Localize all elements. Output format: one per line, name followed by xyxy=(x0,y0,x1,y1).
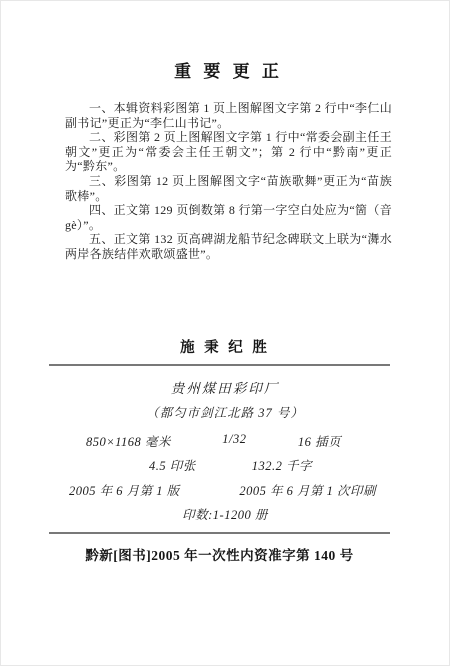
correction-item-4: 四、正文第 129 页倒数第 8 行第一字空白处应为“箇（音 gè）”。 xyxy=(65,203,392,232)
colophon-section: 施 秉 纪 胜 贵州煤田彩印厂 （都匀市剑江北路 37 号） 850×1168 … xyxy=(1,336,449,564)
correction-item-5: 五、正文第 132 页高碑湖龙船节纪念碑联文上联为“㵲水两岸各族结伴欢歌颂盛世”… xyxy=(65,232,392,261)
print-run: 印数:1-1200 册 xyxy=(1,505,449,523)
divider-rule-top xyxy=(49,364,390,366)
corrections-title: 重 要 更 正 xyxy=(65,57,392,82)
format-row: 850×1168 毫米 1/32 16 插页 xyxy=(86,432,341,450)
sheets-row: 4.5 印张 132.2 千字 xyxy=(149,456,312,474)
license-number: 黔新[图书]2005 年一次性内资准字第 140 号 xyxy=(49,544,390,564)
print-sheets: 4.5 印张 xyxy=(149,456,196,474)
first-printing: 2005 年 6 月第 1 次印刷 xyxy=(239,481,376,499)
edition-row: 2005 年 6 月第 1 版 2005 年 6 月第 1 次印刷 xyxy=(69,481,376,499)
corrections-section: 重 要 更 正 一、本辑资料彩图第 1 页上图解图文字第 2 行中“李仁山副书记… xyxy=(1,57,449,262)
correction-item-3: 三、彩图第 12 页上图解图文字“苗族歌舞”更正为“苗族歌棒”。 xyxy=(65,174,392,203)
printer-address: （都匀市剑江北路 37 号） xyxy=(1,403,449,421)
correction-item-2: 二、彩图第 2 页上图解图文字第 1 行中“常委会副主任王朝文”更正为“常委会主… xyxy=(65,130,392,174)
book-title: 施 秉 纪 胜 xyxy=(1,336,449,357)
word-count: 132.2 千字 xyxy=(252,456,312,474)
printer-name: 贵州煤田彩印厂 xyxy=(1,377,449,397)
scanned-book-page: 重 要 更 正 一、本辑资料彩图第 1 页上图解图文字第 2 行中“李仁山副书记… xyxy=(0,0,450,666)
insert-pages: 16 插页 xyxy=(298,432,341,450)
divider-rule-bottom xyxy=(49,532,390,534)
format-fraction: 1/32 xyxy=(222,432,246,450)
correction-item-1: 一、本辑资料彩图第 1 页上图解图文字第 2 行中“李仁山副书记”更正为“李仁山… xyxy=(65,101,392,130)
paper-size: 850×1168 毫米 xyxy=(86,432,171,450)
first-edition: 2005 年 6 月第 1 版 xyxy=(69,481,180,499)
